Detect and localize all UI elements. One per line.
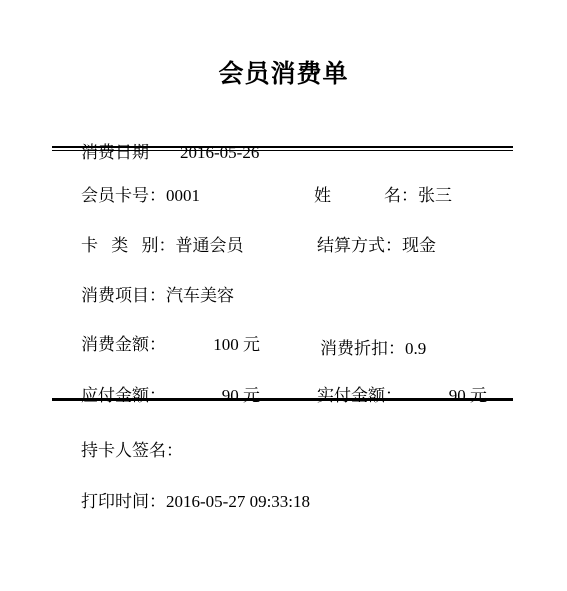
payable-amount-value: 90 元 [167, 381, 260, 406]
consume-item-label: 消费项目： [81, 286, 166, 305]
print-time-value: 2016-05-27 09:33:18 [166, 492, 310, 511]
payable-amount-label: 应付金额： [81, 381, 167, 406]
receipt-sheet: 会员消费单 消费日期2016-05-26 会员卡号：0001 姓 名：张三 卡 … [0, 0, 567, 591]
page-title: 会员消费单 [0, 54, 567, 90]
discount-value: 0.9 [405, 339, 426, 358]
consume-amount-value: 100 元 [167, 330, 260, 355]
settlement-label: 结算方式： [317, 236, 402, 255]
card-number-value: 0001 [166, 186, 200, 205]
card-type-label: 卡 类 别： [81, 236, 176, 255]
field-print-time: 打印时间：2016-05-27 09:33:18 [64, 467, 310, 532]
signature-label: 持卡人签名： [81, 441, 183, 460]
consume-amount-label: 消费金额： [81, 330, 167, 355]
member-name-value: 张三 [418, 186, 452, 205]
paid-amount-value: 90 元 [403, 381, 487, 406]
double-rule [52, 146, 513, 151]
settlement-value: 现金 [402, 236, 436, 255]
field-paid-amount: 实付金额：90 元 [300, 361, 487, 426]
thick-rule [52, 398, 513, 401]
member-name-label: 姓 名： [314, 186, 418, 205]
field-settlement: 结算方式：现金 [300, 211, 436, 276]
card-type-value: 普通会员 [176, 236, 244, 255]
discount-label: 消费折扣： [320, 339, 405, 358]
paid-amount-label: 实付金额： [317, 381, 403, 406]
card-number-label: 会员卡号： [81, 186, 166, 205]
consume-item-value: 汽车美容 [166, 286, 234, 305]
print-time-label: 打印时间： [81, 492, 166, 511]
